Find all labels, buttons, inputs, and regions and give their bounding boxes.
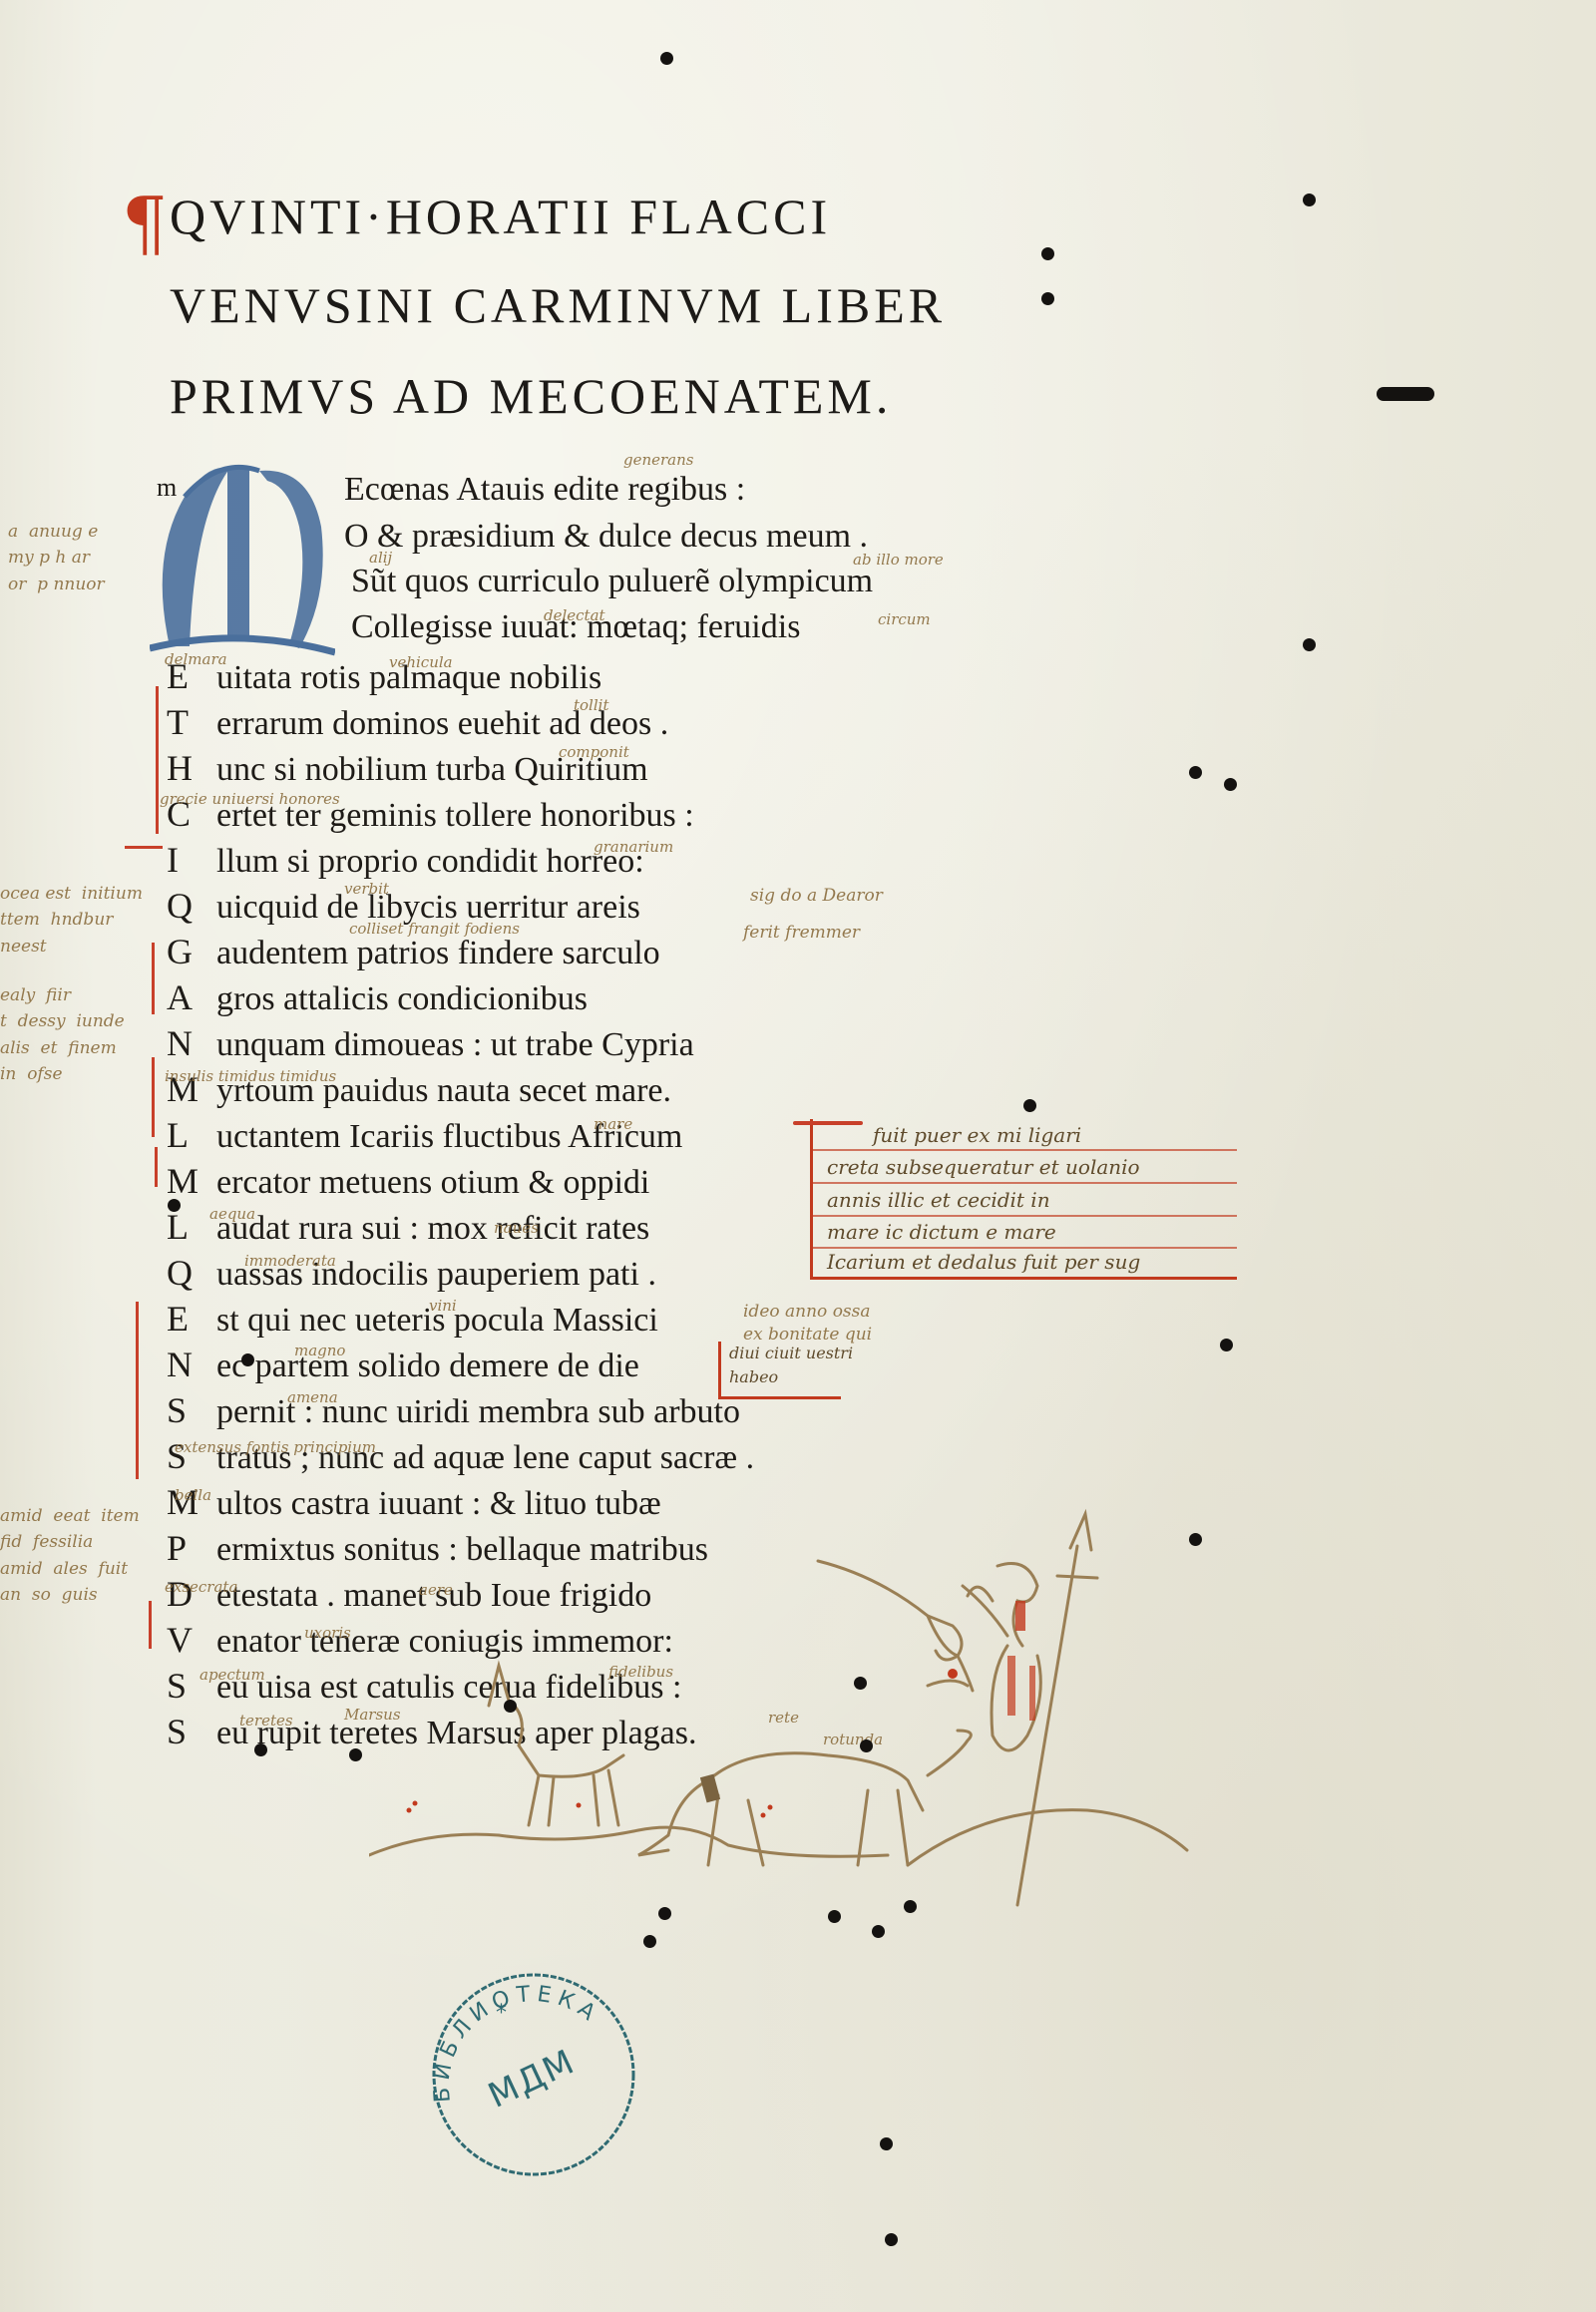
interlinear-gloss: verbit bbox=[344, 880, 389, 898]
wormhole bbox=[658, 1907, 671, 1920]
hunting-scene-drawing bbox=[369, 1506, 1247, 1925]
interlinear-gloss: vini bbox=[429, 1297, 457, 1315]
interlinear-gloss: extensus fontis principium bbox=[175, 1438, 376, 1456]
note-line: Icarium et dedalus fuit per sug bbox=[827, 1250, 1140, 1274]
wormhole bbox=[1220, 1339, 1233, 1351]
verse-line: Nunquam dimoueas : ut trabe Cypria bbox=[167, 1025, 694, 1062]
title-line-1: QVINTI·HORATII FLACCI bbox=[170, 188, 831, 245]
wormhole bbox=[1224, 778, 1237, 791]
wormhole bbox=[1041, 292, 1054, 305]
note-line: diui ciuit uestri bbox=[729, 1344, 853, 1362]
wormhole bbox=[643, 1935, 656, 1948]
left-margin-note: ocea est initium ttem hndbur neest bbox=[0, 881, 143, 960]
rubric-bracket bbox=[149, 1601, 152, 1649]
wormhole bbox=[885, 2233, 898, 2246]
interlinear-gloss: grecie uniuersi honores bbox=[160, 790, 340, 808]
wormhole bbox=[828, 1910, 841, 1923]
rubric-bracket bbox=[125, 846, 163, 849]
interlinear-gloss: mare bbox=[594, 1115, 632, 1133]
verse-line: Quassas indocilis pauperiem pati . bbox=[167, 1255, 656, 1292]
interlinear-gloss: alij bbox=[369, 549, 392, 567]
verse-line: Illum si proprio condidit horreo: bbox=[167, 842, 644, 879]
wormhole bbox=[904, 1900, 917, 1913]
note-line: habeo bbox=[729, 1367, 778, 1386]
verse-line: Mercator metuens otium & oppidi bbox=[167, 1163, 649, 1200]
boxed-marginal-note: fuit puer ex mi ligari creta subsequerat… bbox=[810, 1119, 1237, 1280]
interlinear-gloss: circum bbox=[878, 610, 931, 628]
wormhole bbox=[860, 1739, 873, 1752]
wormhole bbox=[241, 1353, 254, 1366]
right-margin-note: ideo anno ossa bbox=[743, 1302, 871, 1322]
note-line: fuit puer ex mi ligari bbox=[873, 1123, 1081, 1147]
rubric-bracket bbox=[136, 1302, 139, 1479]
pointing-hand-icon bbox=[818, 1561, 962, 1660]
interlinear-gloss: uxoris bbox=[304, 1624, 351, 1642]
rubric-paragraph-mark bbox=[793, 1121, 863, 1125]
interlinear-gloss: magno bbox=[294, 1342, 345, 1359]
rubric-bracket bbox=[152, 1057, 155, 1137]
stamp-center-text: МДМ bbox=[483, 2042, 583, 2117]
left-margin-note: ealy fiir t dessy iunde alis et finem in… bbox=[0, 982, 125, 1087]
wormhole bbox=[1303, 638, 1316, 651]
note-line: mare ic dictum e mare bbox=[827, 1220, 1056, 1244]
interlinear-gloss: generans bbox=[623, 451, 694, 469]
wormhole bbox=[1041, 247, 1054, 260]
red-ruling bbox=[813, 1215, 1237, 1217]
wormhole bbox=[1023, 1099, 1036, 1112]
interlinear-gloss: teretes bbox=[239, 1712, 293, 1730]
interlinear-gloss: colliset frangit fodiens bbox=[349, 920, 520, 938]
red-ruling bbox=[813, 1247, 1237, 1249]
red-ruling bbox=[813, 1182, 1237, 1184]
wormhole bbox=[1303, 193, 1316, 206]
wormhole bbox=[1189, 1533, 1202, 1546]
verse-line: Agros attalicis condicionibus bbox=[167, 979, 588, 1016]
note-line: creta subsequeratur et uolanio bbox=[827, 1155, 1140, 1179]
interlinear-gloss: delectat bbox=[544, 606, 605, 624]
wormhole bbox=[854, 1677, 867, 1690]
left-margin-note: a anuug e my p h ar or p nnuor bbox=[8, 519, 105, 597]
verse-line: Spernit : nunc uiridi membra sub arbuto bbox=[167, 1392, 740, 1429]
right-margin-note: ferit fremmer bbox=[743, 923, 860, 943]
rubric-bracket bbox=[156, 686, 159, 834]
wormhole bbox=[349, 1748, 362, 1761]
wormhole bbox=[1377, 387, 1434, 401]
verse-line: Sũt quos curriculo puluerẽ olympicum bbox=[351, 565, 873, 598]
verse-line: Nec partem solido demere de die bbox=[167, 1347, 639, 1383]
library-stamp: БИБЛИОТЕКА * МДМ bbox=[424, 1965, 643, 2184]
interlinear-gloss: apectum bbox=[199, 1666, 265, 1684]
paper-background bbox=[0, 0, 1596, 2312]
paragraph-mark: ¶ bbox=[122, 188, 168, 259]
note-line: annis illic et cecidit in bbox=[827, 1188, 1050, 1212]
interlinear-gloss: granarium bbox=[594, 838, 673, 856]
left-margin-note: amid eeat item fid fessilia amid ales fu… bbox=[0, 1503, 140, 1608]
interlinear-gloss: insulis timidus timidus bbox=[165, 1067, 336, 1085]
verse-line: Est qui nec ueteris pocula Massici bbox=[167, 1301, 658, 1338]
wormhole bbox=[254, 1743, 267, 1756]
verse-line: O & præsidium & dulce decus meum . bbox=[344, 520, 868, 554]
wormhole bbox=[504, 1700, 517, 1713]
verse-line: Ecœnas Atauis edite regibus : bbox=[344, 473, 745, 507]
interlinear-gloss: exsecrata bbox=[165, 1578, 237, 1596]
wormhole bbox=[880, 2137, 893, 2150]
wormhole bbox=[660, 52, 673, 65]
verse-line: Euitata rotis palmaque nobilis bbox=[167, 658, 601, 695]
interlinear-gloss: immoderata bbox=[244, 1252, 336, 1270]
title-line-2: VENVSINI CARMINVM LIBER bbox=[170, 276, 946, 334]
boxed-marginal-note-small: diui ciuit uestri habeo bbox=[718, 1342, 841, 1399]
title-line-3: PRIMVS AD MECOENATEM. bbox=[170, 367, 892, 425]
rubric-bracket bbox=[155, 1147, 158, 1187]
right-margin-note: sig do a Dearor bbox=[750, 886, 883, 906]
interlinear-gloss: componit bbox=[559, 743, 629, 761]
rubric-bracket bbox=[152, 943, 155, 1014]
verse-line: Gaudentem patrios findere sarculo bbox=[167, 934, 660, 970]
interlinear-gloss: amena bbox=[287, 1388, 338, 1406]
interlinear-gloss: aequa bbox=[209, 1205, 255, 1223]
blue-initial-m-icon bbox=[150, 457, 335, 656]
wormhole bbox=[1189, 766, 1202, 779]
red-ruling bbox=[813, 1149, 1237, 1151]
interlinear-gloss: ab illo more bbox=[853, 551, 944, 569]
stamp-star-icon: * bbox=[496, 2001, 507, 2026]
interlinear-gloss: naues bbox=[494, 1219, 539, 1237]
interlinear-gloss: tollit bbox=[574, 696, 608, 714]
guide-letter: m bbox=[157, 475, 177, 501]
wormhole bbox=[168, 1199, 181, 1212]
interlinear-gloss: bella bbox=[175, 1486, 211, 1504]
wormhole bbox=[872, 1925, 885, 1938]
interlinear-gloss: delmara bbox=[165, 650, 227, 668]
interlinear-gloss: vehicula bbox=[389, 653, 453, 671]
